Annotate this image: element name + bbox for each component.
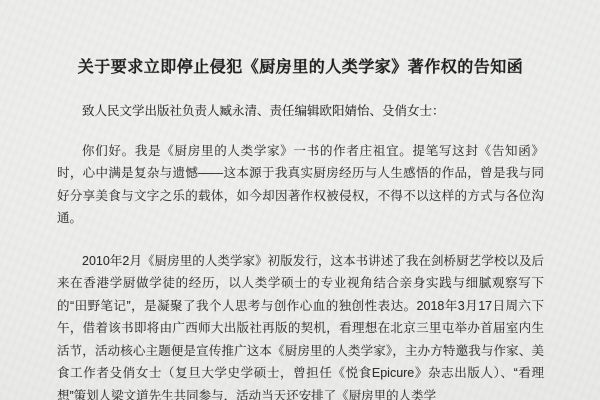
letter-paragraph-2: 2010年2月《厨房里的人类学家》初版发行，这本书讲述了我在剑桥厨艺学校以及后来… xyxy=(57,250,544,400)
document-photo: 关于要求立即停止侵犯《厨房里的人类学家》著作权的告知函 致人民文学出版社负责人臧… xyxy=(0,0,600,400)
letter-salutation: 致人民文学出版社负责人臧永清、责任编辑欧阳婧怡、殳俏女士： xyxy=(57,100,544,123)
letter-paragraph-1: 你们好。我是《厨房里的人类学家》一书的作者庄祖宜。提笔写这封《告知函》时，心中满… xyxy=(57,140,544,230)
letter-title: 关于要求立即停止侵犯《厨房里的人类学家》著作权的告知函 xyxy=(57,58,544,78)
letter-page: 关于要求立即停止侵犯《厨房里的人类学家》著作权的告知函 致人民文学出版社负责人臧… xyxy=(0,0,600,400)
